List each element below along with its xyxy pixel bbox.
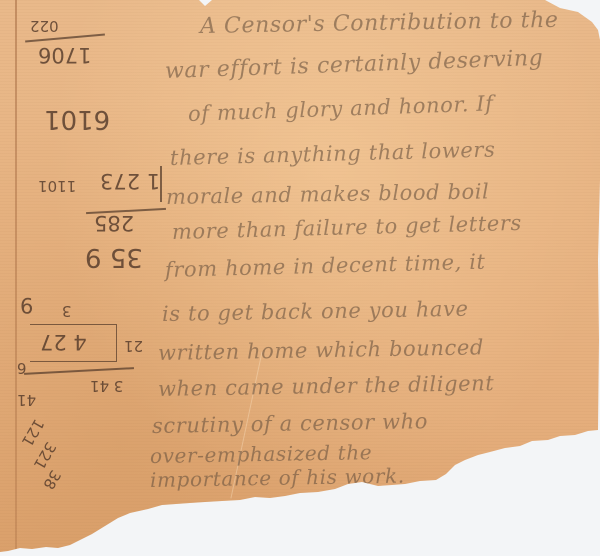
text-line: morale and makes blood boil: [166, 181, 490, 208]
scribble-number: 3: [62, 303, 72, 318]
scribble-number: 1706: [38, 44, 91, 65]
paper-fragment: A Censor's Contribution to the war effor…: [0, 0, 600, 556]
text-line: written home which bounced: [158, 337, 484, 364]
scribble-number: 022: [30, 18, 59, 33]
scribble-number: 21: [124, 338, 143, 353]
text-line: of much glory and honor. If: [188, 93, 494, 125]
text-line: scrutiny of a censor who: [152, 411, 428, 437]
text-line: there is anything that lowers: [170, 139, 496, 169]
scribble-number: 285: [94, 212, 134, 233]
text-line: is to get back one you have: [162, 299, 469, 325]
text-line: over-emphasized the: [150, 442, 373, 466]
text-line: war effort is certainly deserving: [165, 48, 544, 83]
text-line: when came under the diligent: [158, 373, 495, 400]
scribble-number: 6: [17, 360, 27, 375]
scribble-number: 4 27: [40, 331, 87, 352]
text-line: importance of his work.: [150, 466, 405, 490]
text-line: more than failure to get letters: [172, 213, 522, 243]
scribble-number: 1 273: [100, 170, 160, 191]
scribble-number: 41: [17, 392, 36, 407]
scribble-number: 9: [20, 294, 33, 315]
text-line: from home in decent time, it: [165, 252, 486, 281]
scribble-number: 6101: [44, 106, 110, 132]
paper-fold-line: [15, 0, 17, 550]
scribble-number: 1101: [38, 178, 76, 193]
scribble-number: 35 9: [85, 244, 143, 270]
scribble-rule: [160, 166, 162, 202]
document-stage: A Censor's Contribution to the war effor…: [0, 0, 600, 556]
scribble-number: 3 41: [90, 378, 123, 393]
text-line: A Censor's Contribution to the: [200, 10, 559, 38]
scribble-rule: [24, 367, 134, 374]
